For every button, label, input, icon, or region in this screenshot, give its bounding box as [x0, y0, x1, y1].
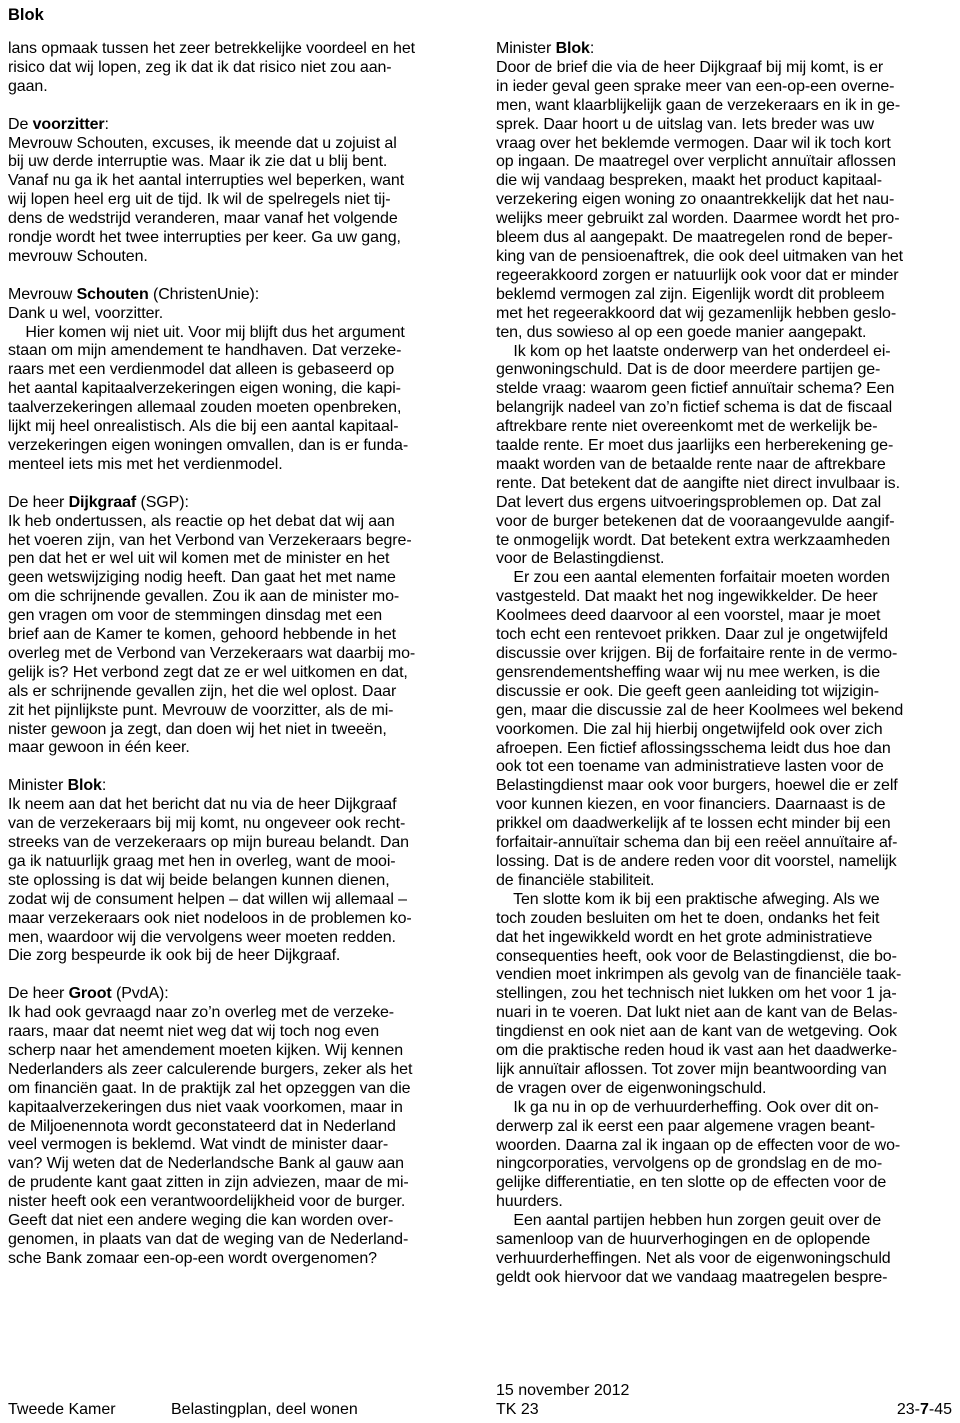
- footer-session-info: 15 november 2012 TK 23: [496, 1382, 629, 1420]
- footer-topic: Belastingplan, deel wonen: [171, 1401, 358, 1420]
- speech-text: Ik had ook gevraagd naar zo’n overleg me…: [8, 1004, 470, 1269]
- speaker-name: Blok: [68, 777, 102, 794]
- speaker-prefix: De heer: [8, 494, 69, 511]
- speaker-name: Blok: [556, 40, 590, 57]
- page-header-speaker: Blok: [8, 6, 44, 25]
- speaker-prefix: Minister: [496, 40, 556, 57]
- speaker-prefix: De heer: [8, 985, 69, 1002]
- speaker-heading: De heer Dijkgraaf (SGP):: [8, 494, 470, 513]
- page-footer: Tweede Kamer Belastingplan, deel wonen 1…: [8, 1382, 952, 1420]
- speaker-name: Groot: [69, 985, 112, 1002]
- text-columns: lans opmaak tussen het zeer betrekkelijk…: [8, 40, 952, 1288]
- footer-doc-ref: TK 23: [496, 1401, 629, 1420]
- document-page: Blok lans opmaak tussen het zeer betrekk…: [0, 0, 960, 1423]
- speech-text: Ik neem aan dat het bericht dat nu via d…: [8, 796, 470, 966]
- speech-block: Minister Blok:Door de brief die via de h…: [496, 40, 952, 1288]
- footer-page-ref-prefix: 23-: [897, 1401, 920, 1418]
- footer-page-ref-suffix: -45: [929, 1401, 952, 1418]
- speech-text: Dank u wel, voorzitter. Hier komen wij n…: [8, 305, 470, 475]
- footer-page-ref: 23-7-45: [897, 1401, 952, 1420]
- speaker-suffix: :: [105, 116, 109, 133]
- speech-block: De heer Groot (PvdA):Ik had ook gevraagd…: [8, 985, 470, 1269]
- speech-text: Mevrouw Schouten, excuses, ik meende dat…: [8, 135, 470, 267]
- speech-block: De heer Dijkgraaf (SGP):Ik heb ondertuss…: [8, 494, 470, 759]
- speaker-prefix: De: [8, 116, 33, 133]
- speech-block: Minister Blok:Ik neem aan dat het berich…: [8, 777, 470, 966]
- speech-text: Door de brief die via de heer Dijkgraaf …: [496, 59, 952, 1288]
- speaker-suffix: :: [590, 40, 594, 57]
- text-block: lans opmaak tussen het zeer betrekkelijk…: [8, 40, 470, 97]
- speaker-prefix: Minister: [8, 777, 68, 794]
- speaker-heading: Minister Blok:: [496, 40, 952, 59]
- speaker-prefix: Mevrouw: [8, 286, 77, 303]
- speech-block: Mevrouw Schouten (ChristenUnie):Dank u w…: [8, 286, 470, 475]
- speaker-name: Dijkgraaf: [69, 494, 137, 511]
- speaker-suffix: (SGP):: [136, 494, 189, 511]
- speaker-suffix: (ChristenUnie):: [149, 286, 259, 303]
- right-column: Minister Blok:Door de brief die via de h…: [496, 40, 952, 1288]
- speaker-suffix: (PvdA):: [112, 985, 169, 1002]
- speaker-heading: Minister Blok:: [8, 777, 470, 796]
- footer-chamber: Tweede Kamer: [8, 1401, 116, 1420]
- left-column: lans opmaak tussen het zeer betrekkelijk…: [8, 40, 470, 1288]
- speaker-suffix: :: [102, 777, 106, 794]
- footer-page-ref-bold: 7: [920, 1401, 929, 1418]
- footer-date: 15 november 2012: [496, 1382, 629, 1401]
- speaker-heading: De voorzitter:: [8, 116, 470, 135]
- speech-text: Ik heb ondertussen, als reactie op het d…: [8, 513, 470, 759]
- speaker-name: Schouten: [77, 286, 149, 303]
- speaker-heading: Mevrouw Schouten (ChristenUnie):: [8, 286, 470, 305]
- speech-block: De voorzitter:Mevrouw Schouten, excuses,…: [8, 116, 470, 267]
- speech-text: lans opmaak tussen het zeer betrekkelijk…: [8, 40, 470, 97]
- speaker-name: voorzitter: [33, 116, 105, 133]
- speaker-heading: De heer Groot (PvdA):: [8, 985, 470, 1004]
